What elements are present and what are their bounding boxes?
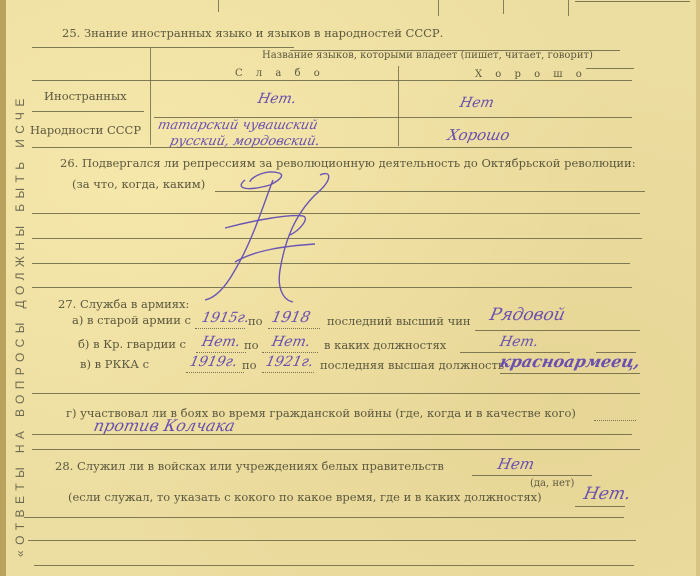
fill-line	[262, 352, 318, 353]
q27b-label: б) в Кр. гвардии с	[78, 337, 186, 351]
fill-line	[186, 372, 244, 373]
answer-line	[28, 540, 636, 541]
table-border-remnant	[575, 1, 690, 2]
q27v-to: 1921г.	[264, 354, 315, 370]
table-border-remnant	[503, 0, 504, 14]
q27b-pos-label: в каких должностях	[324, 338, 446, 352]
fill-line	[475, 330, 640, 331]
q28-yn-hint: (да, нет)	[530, 478, 574, 489]
q28-sub: (если служал, то указать с кокого по как…	[68, 490, 542, 504]
col-weak-header: С л а б о	[235, 68, 325, 79]
divider	[32, 47, 294, 48]
answer-line	[32, 449, 640, 450]
cross-out-signature	[195, 170, 395, 320]
fill-line	[196, 352, 246, 353]
q28-title: 28. Служил ли в войсках или учреждениях …	[55, 459, 444, 473]
q27v-from: 1919г.	[188, 354, 239, 370]
fill-line	[268, 328, 320, 329]
answer-line	[32, 393, 640, 394]
fill-line	[575, 506, 625, 507]
fill-line	[262, 372, 314, 373]
table-row-border	[32, 111, 144, 112]
q27v-label: в) в РККА с	[80, 357, 149, 371]
table-border-remnant	[218, 0, 219, 12]
table-bottom-border	[32, 147, 632, 148]
fill-line	[472, 475, 592, 476]
q27v-to-label: по	[242, 358, 257, 372]
q25-header: Название языков, которыми владеет (пишет…	[262, 50, 593, 61]
q25-title: 25. Знание иностранных языко и языков в …	[62, 26, 443, 40]
q27b-to: Нет.	[270, 334, 312, 350]
row-nationalities-label: Народности СССР	[30, 123, 141, 137]
q27v-pos: красноармеец,	[498, 352, 642, 371]
q27a-rank: Рядовой	[488, 305, 567, 325]
table-border-remnant	[568, 0, 569, 16]
q27a-label: а) в старой армии с	[72, 313, 191, 327]
table-column-border	[398, 66, 399, 146]
col-good-header: Х о р о ш о	[475, 69, 587, 80]
q27v-pos-label: последняя высшая должность	[320, 358, 504, 372]
q27-title: 27. Служба в армиях:	[58, 297, 189, 311]
nationalities-weak-answer-1: татарский чувашский	[156, 118, 319, 133]
answer-line	[34, 565, 634, 566]
fill-line	[594, 420, 636, 421]
foreign-good-answer: Нет	[458, 95, 495, 111]
divider	[586, 68, 634, 69]
q27g-answer: против Колчака	[92, 416, 237, 435]
foreign-weak-answer: Нет.	[256, 91, 298, 107]
answer-line	[32, 434, 632, 435]
q28-sub-answer: Нет.	[582, 484, 633, 504]
paper-edge	[0, 0, 6, 576]
q27b-pos: Нет.	[498, 334, 540, 350]
q27a-to-label: по	[248, 314, 263, 328]
fill-line	[195, 328, 245, 329]
nationalities-good-answer: Хорошо	[446, 126, 511, 144]
q27b-from: Нет.	[200, 334, 242, 350]
answer-line	[24, 517, 624, 518]
q28-answer: Нет	[496, 455, 536, 473]
q26-sub: (за что, когда, каким)	[72, 177, 205, 191]
table-row-border	[32, 80, 632, 81]
q27a-rank-label: последний высший чин	[327, 314, 471, 328]
q27a-from: 1915г.	[200, 310, 251, 326]
table-border-remnant	[438, 0, 439, 16]
row-foreign-label: Иностранных	[44, 89, 127, 103]
side-instruction-text: «ОТВЕТЫ НА ВОПРОСЫ ДОЛЖНЫ БЫТЬ ИСЧЕ	[13, 17, 27, 557]
paper-edge-right	[696, 0, 700, 576]
table-column-border	[150, 48, 151, 145]
q27b-to-label: по	[244, 338, 259, 352]
q27a-to: 1918	[270, 308, 312, 326]
fill-line	[500, 373, 640, 374]
q26-title: 26. Подвергался ли репрессиям за революц…	[60, 156, 636, 170]
side-instruction: «ОТВЕТЫ НА ВОПРОСЫ ДОЛЖНЫ БЫТЬ ИСЧЕ	[8, 0, 32, 576]
